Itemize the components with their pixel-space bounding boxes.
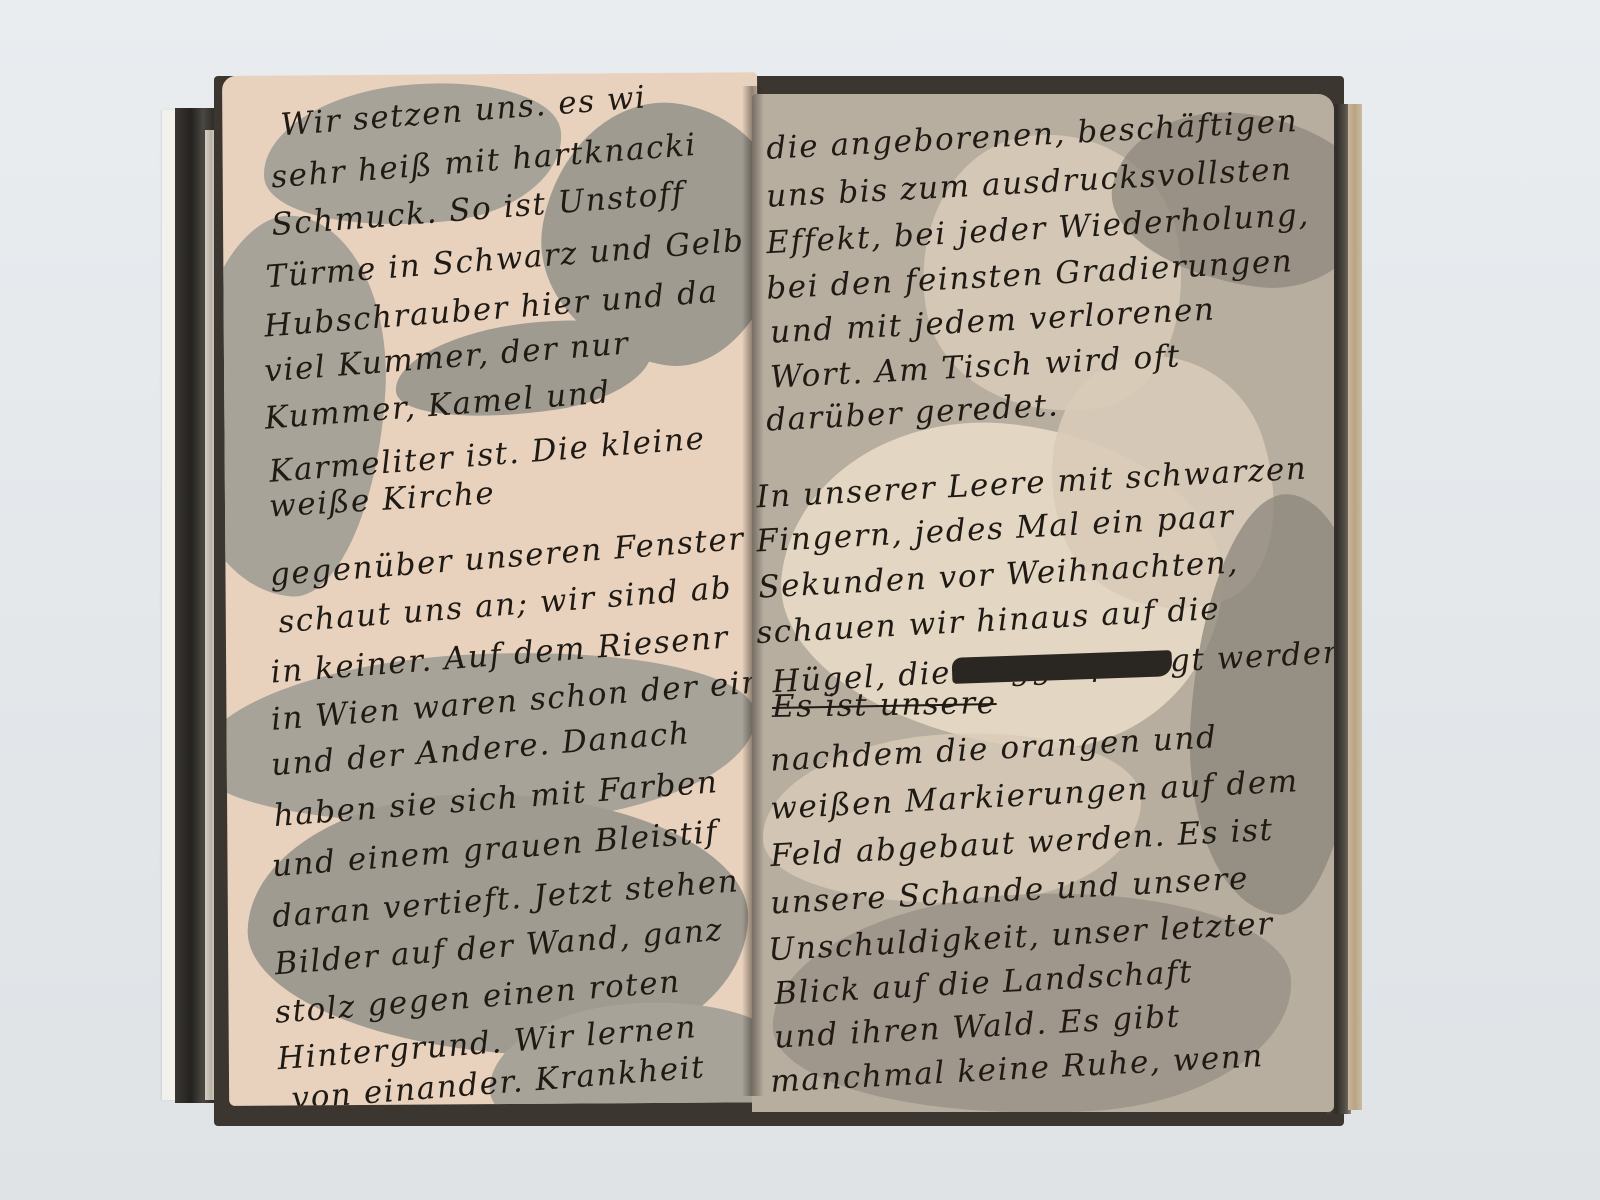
right-page[interactable]: die angeborenen, beschäftigen uns bis zu… [752, 94, 1334, 1112]
back-board-edge [1348, 104, 1362, 1110]
left-page[interactable]: Wir setzen uns. es wi sehr heiß mit hart… [222, 72, 764, 1106]
struck-text-line: Es ist unsere [772, 688, 997, 723]
text-line: Wort. Am Tisch wird oft [769, 341, 1181, 393]
text-line: darüber geredet. [765, 390, 1060, 436]
handwritten-text-right: die angeborenen, beschäftigen uns bis zu… [752, 94, 1334, 1112]
text-line: Wir setzen uns. es wi [280, 82, 648, 141]
text-line: Kummer, Kamel und [264, 377, 612, 435]
text-line: schauen wir hinaus auf die [756, 594, 1222, 649]
text-line: nachdem die orangen und [769, 722, 1218, 776]
handwritten-text-left: Wir setzen uns. es wi sehr heiß mit hart… [222, 72, 764, 1106]
